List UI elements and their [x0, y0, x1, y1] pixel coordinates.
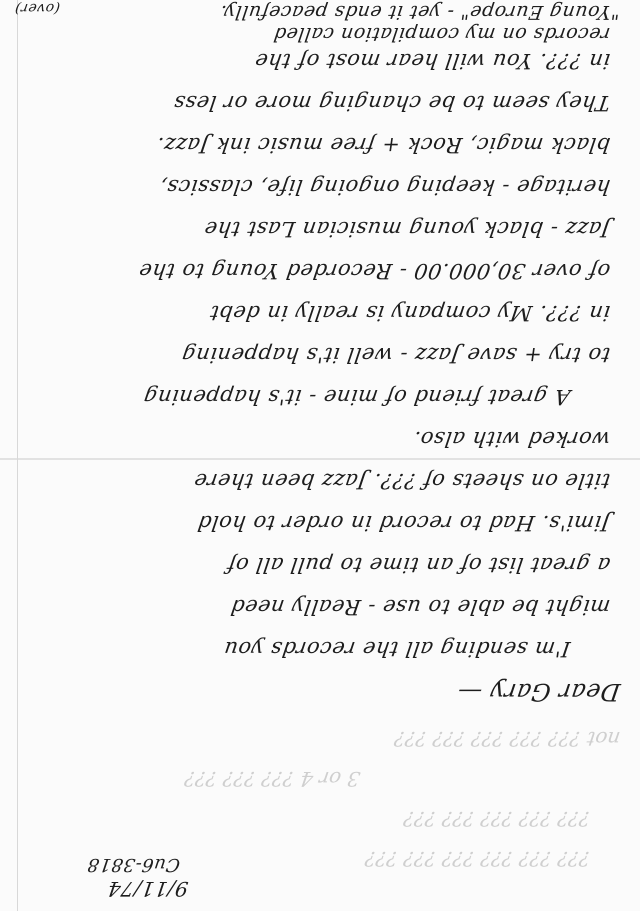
letter-sheet: ??? ??? ??? ??? ??? ??? ??? ??? ??? ??? … — [0, 0, 640, 911]
ghost-text: 3 or 4 ??? ??? ??? — [183, 767, 362, 791]
letter-line: A great friend of mine - it's happening — [142, 385, 572, 409]
letter-line: of over 30,000.00 - Recorded Young to th… — [137, 259, 612, 283]
letter-line: in ???. You will hear most of the — [253, 49, 612, 73]
ghost-text: not ??? ??? ??? ??? ??? — [393, 727, 622, 751]
salutation: Dear Gary — — [456, 678, 622, 706]
letter-line: I'm sending all the records you — [222, 637, 572, 661]
letter-line: heritage - keeping ongoing life, classic… — [158, 175, 612, 199]
phone-number: Cu6-3818 — [86, 854, 182, 875]
letter-line: might be able to use - Really need — [229, 595, 612, 619]
letter-line: They seem to be changing more or less — [172, 91, 612, 115]
letter-line: Jazz - black young musician Last the — [202, 217, 611, 241]
letter-line: to try + save Jazz - well it's happening — [180, 343, 612, 367]
letter-line: black magic, Rock + free music ink Jazz. — [155, 133, 612, 157]
over-note: (over) — [14, 0, 61, 16]
margin-line — [17, 0, 18, 911]
letter-date: 9/11/74 — [106, 877, 190, 901]
letter-line: records on my compilation called — [272, 23, 612, 45]
letter-line: title on sheets of ???. Jazz been there — [192, 469, 611, 493]
letter-line: Jimi's. Had to record in order to hold — [196, 511, 612, 535]
ghost-text: ??? ??? ??? ??? ??? — [402, 807, 592, 831]
ghost-text: ??? ??? ??? ??? ??? ??? — [364, 847, 592, 871]
letter-line: in ???. My company is really in debt — [208, 301, 612, 325]
letter-line: "Young Europe" - yet it ends peacefully. — [218, 1, 621, 23]
letter-line: worked with also. — [412, 427, 612, 451]
letter-line: a great list of an time to pull all of — [225, 553, 611, 577]
